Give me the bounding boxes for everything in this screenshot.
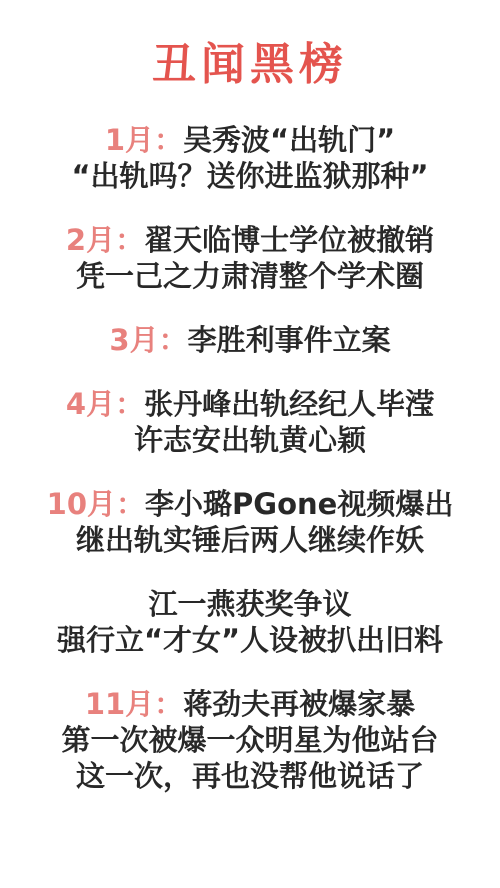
line-text: 蒋劲夫再被爆家暴 [183,687,415,721]
month-label: 4月： [66,387,144,421]
line-text: 许志安出轨黄心颖 [134,423,366,457]
line-text: 翟天临博士学位被撤销 [144,223,434,257]
section-line: 3月：李胜利事件立案 [0,322,500,358]
line-text: 江一燕获奖争议 [148,587,351,621]
line-text: 吴秀波“出轨门” [183,123,395,157]
section-line: 江一燕获奖争议 [0,586,500,622]
month-label: 1月： [105,123,183,157]
line-text: 李小璐PGone视频爆出 [145,487,453,521]
line-text: 这一次，再也没帮他说话了 [76,759,424,793]
line-text: 张丹峰出轨经纪人毕滢 [144,387,434,421]
month-label: 10月： [47,487,145,521]
section-october: 10月：李小璐PGone视频爆出 继出轨实锤后两人继续作妖 [0,486,500,558]
month-label: 2月： [66,223,144,257]
section-line: 许志安出轨黄心颖 [0,422,500,458]
line-text: 凭一己之力肃清整个学术圈 [76,259,424,293]
line-text: 李胜利事件立案 [188,323,391,357]
line-text: 强行立“才女”人设被扒出旧料 [57,623,443,657]
line-text: 第一次被爆一众明星为他站台 [61,723,438,757]
section-line: 强行立“才女”人设被扒出旧料 [0,622,500,658]
month-label: 11月： [85,687,183,721]
section-january: 1月：吴秀波“出轨门” “出轨吗？送你进监狱那种” [0,122,500,194]
section-line: 这一次，再也没帮他说话了 [0,758,500,794]
month-label: 3月： [109,323,187,357]
section-march: 3月：李胜利事件立案 [0,322,500,358]
line-text: “出轨吗？送你进监狱那种” [71,159,428,193]
section-line: 继出轨实锤后两人继续作妖 [0,522,500,558]
section-february: 2月：翟天临博士学位被撤销 凭一己之力肃清整个学术圈 [0,222,500,294]
section-april: 4月：张丹峰出轨经纪人毕滢 许志安出轨黄心颖 [0,386,500,458]
section-line: 1月：吴秀波“出轨门” [0,122,500,158]
line-text: 继出轨实锤后两人继续作妖 [76,523,424,557]
section-line: “出轨吗？送你进监狱那种” [0,158,500,194]
section-line: 4月：张丹峰出轨经纪人毕滢 [0,386,500,422]
section-line: 凭一己之力肃清整个学术圈 [0,258,500,294]
section-line: 11月：蒋劲夫再被爆家暴 [0,686,500,722]
section-jiangyiyan: 江一燕获奖争议 强行立“才女”人设被扒出旧料 [0,586,500,658]
section-line: 2月：翟天临博士学位被撤销 [0,222,500,258]
section-line: 第一次被爆一众明星为他站台 [0,722,500,758]
page-title: 丑闻黑榜 [0,0,500,93]
scandal-blacklist-poster: 丑闻黑榜 1月：吴秀波“出轨门” “出轨吗？送你进监狱那种” 2月：翟天临博士学… [0,0,500,888]
section-november: 11月：蒋劲夫再被爆家暴 第一次被爆一众明星为他站台 这一次，再也没帮他说话了 [0,686,500,794]
section-line: 10月：李小璐PGone视频爆出 [0,486,500,522]
